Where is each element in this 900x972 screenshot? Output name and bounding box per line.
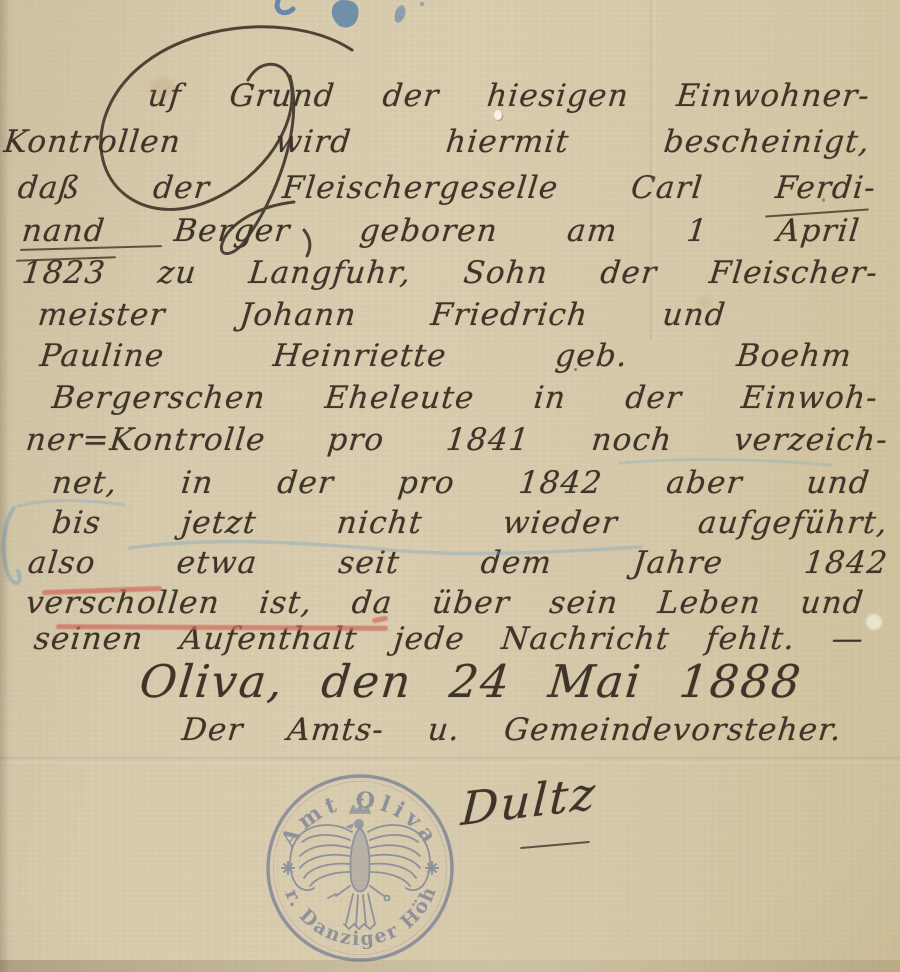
- official-stamp: Amt Oliva Kr. Danziger Höhe: [262, 770, 458, 966]
- page-edge-shadow-bottom: [0, 960, 900, 972]
- manuscript-line: daß der Fleischergeselle Carl Ferdi-: [16, 170, 878, 206]
- manuscript-line: Bergerschen Eheleute in der Einwoh-: [50, 380, 880, 416]
- fold-crease-vertical: [650, 0, 655, 340]
- blue-pencil-marks: [0, 430, 900, 670]
- fold-crease-horizontal: [0, 757, 900, 763]
- signature: Dultz: [460, 766, 599, 836]
- manuscript-line: nand Berger geboren am 1 April: [20, 213, 862, 249]
- manuscript-line: uf Grund der hiesigen Einwohner-: [146, 78, 872, 114]
- manuscript-line: 1823 zu Langfuhr, Sohn der Fleischer-: [20, 255, 880, 291]
- manuscript-line: meister Johann Friedrich und: [36, 297, 728, 333]
- page-edge-shadow-left: [0, 0, 10, 972]
- manuscript-line: Pauline Heinriette geb. Boehm: [38, 338, 854, 374]
- manuscript-line: Kontrollen wird hiermit bescheinigt,: [2, 124, 872, 160]
- signature-underline: [520, 841, 590, 849]
- closing-line: Der Amts- u. Gemeindevorsteher.: [180, 712, 844, 748]
- scanned-document-page: uf Grund der hiesigen Einwohner- Kontrol…: [0, 0, 900, 972]
